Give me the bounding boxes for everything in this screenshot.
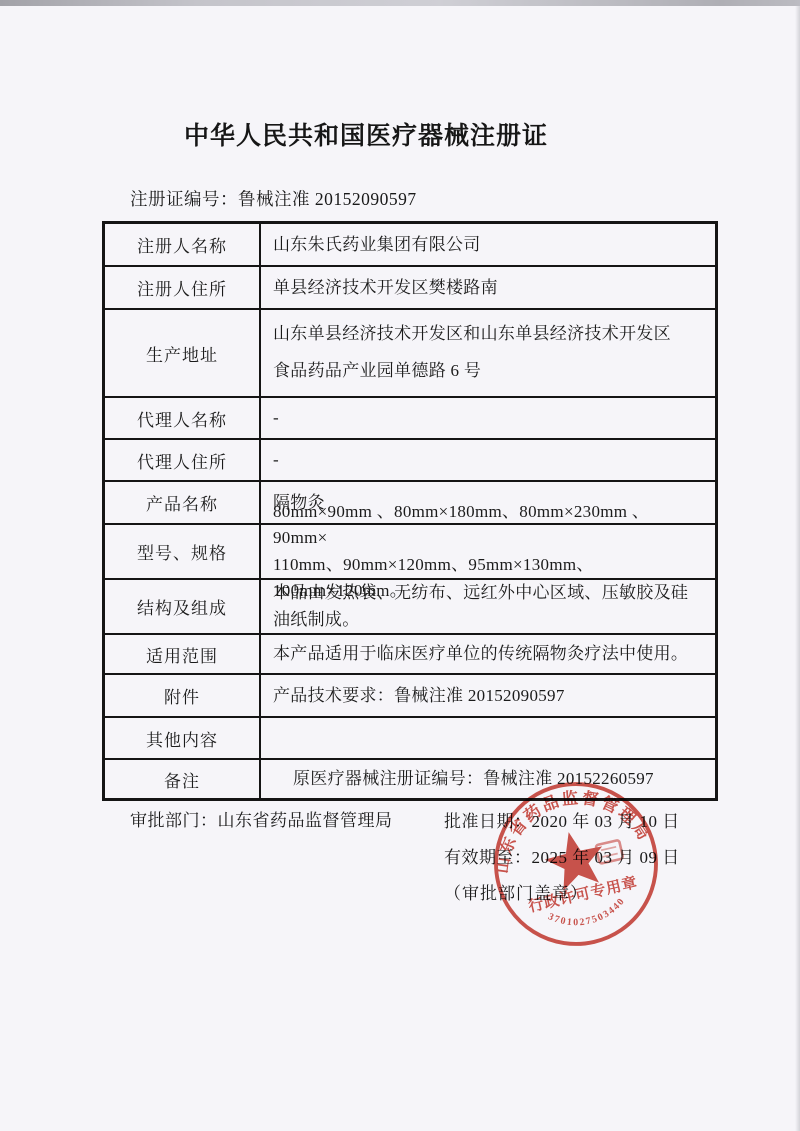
approval-department-value: 山东省药品监督管理局 <box>218 811 393 830</box>
row-value: 80mm×90mm 、80mm×180mm、80mm×230mm 、90mm× … <box>261 525 715 578</box>
certificate-table: 注册人名称 山东朱氏药业集团有限公司 注册人住所 单县经济技术开发区樊楼路南 生… <box>102 221 718 801</box>
row-label: 代理人住所 <box>105 440 261 480</box>
scan-edge-shadow <box>795 0 800 1131</box>
row-label: 生产地址 <box>105 310 261 396</box>
table-row: 其他内容 <box>105 716 715 758</box>
row-value: 本品由发热袋、无纺布、远红外中心区域、压敏胶及硅 油纸制成。 <box>261 580 715 633</box>
row-label: 注册人住所 <box>105 267 261 308</box>
row-value: 山东朱氏药业集团有限公司 <box>261 224 715 265</box>
table-row: 代理人住所 - <box>105 438 715 480</box>
scan-edge-artifact <box>0 0 800 6</box>
table-row: 适用范围 本产品适用于临床医疗单位的传统隔物灸疗法中使用。 <box>105 633 715 673</box>
row-label: 附件 <box>105 675 261 716</box>
stamp-inner-mark <box>596 840 624 864</box>
table-row: 型号、规格 80mm×90mm 、80mm×180mm、80mm×230mm 、… <box>105 523 715 578</box>
table-row: 附件 产品技术要求：鲁械注准 20152090597 <box>105 673 715 716</box>
registration-number-line: 注册证编号：鲁械注准 20152090597 <box>130 186 417 211</box>
row-value <box>261 718 715 758</box>
registration-number-label: 注册证编号： <box>130 189 238 209</box>
row-value: - <box>261 440 715 480</box>
table-row: 生产地址 山东单县经济技术开发区和山东单县经济技术开发区 食品药品产业园单德路 … <box>105 308 715 396</box>
registration-number-value: 鲁械注准 20152090597 <box>238 189 417 209</box>
table-row: 结构及组成 本品由发热袋、无纺布、远红外中心区域、压敏胶及硅 油纸制成。 <box>105 578 715 633</box>
approval-department-line: 审批部门：山东省药品监督管理局 <box>130 806 393 831</box>
row-label: 备注 <box>105 760 261 798</box>
table-row: 注册人名称 山东朱氏药业集团有限公司 <box>105 224 715 265</box>
table-row: 注册人住所 单县经济技术开发区樊楼路南 <box>105 265 715 308</box>
stamp-purpose-text: 行政许可专用章 <box>527 873 640 916</box>
row-value: 本产品适用于临床医疗单位的传统隔物灸疗法中使用。 <box>261 635 715 673</box>
row-label: 代理人名称 <box>105 398 261 438</box>
row-value: 单县经济技术开发区樊楼路南 <box>261 267 715 308</box>
row-label: 其他内容 <box>105 718 261 758</box>
stamp-inner-mark-lines <box>601 847 618 857</box>
row-value: - <box>261 398 715 438</box>
row-value: 产品技术要求：鲁械注准 20152090597 <box>261 675 715 716</box>
row-value: 山东单县经济技术开发区和山东单县经济技术开发区 食品药品产业园单德路 6 号 <box>261 310 715 396</box>
table-row: 代理人名称 - <box>105 396 715 438</box>
row-label: 注册人名称 <box>105 224 261 265</box>
certificate-title: 中华人民共和国医疗器械注册证 <box>0 116 766 152</box>
scanned-certificate: { "certificate": { "title": "中华人民共和国医疗器械… <box>0 0 800 1131</box>
row-label: 产品名称 <box>105 482 261 523</box>
approval-department-label: 审批部门： <box>130 811 218 830</box>
row-label: 结构及组成 <box>105 580 261 633</box>
row-label: 适用范围 <box>105 635 261 673</box>
row-label: 型号、规格 <box>105 525 261 578</box>
